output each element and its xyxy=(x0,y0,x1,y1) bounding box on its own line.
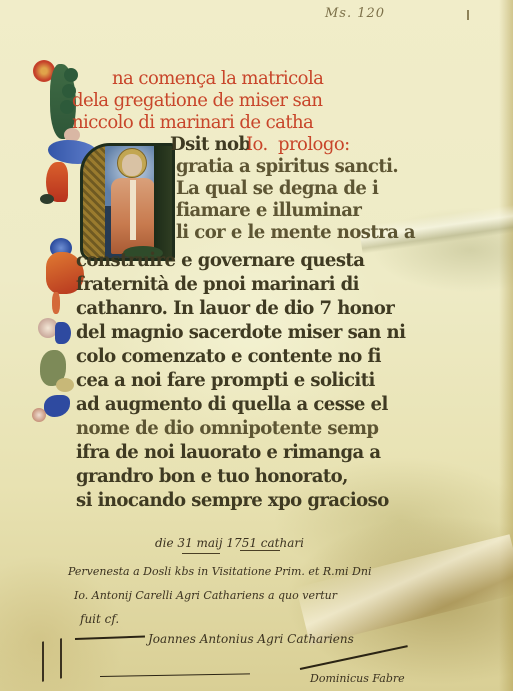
pale-roundel-icon xyxy=(32,408,46,422)
annotation-stroke xyxy=(100,673,250,677)
text-line: ad augmento di quella a cesse el xyxy=(76,394,388,415)
text-line: li cor e le mente nostra a xyxy=(176,222,415,243)
annotation-underline xyxy=(182,553,220,554)
shelfmark-tick xyxy=(467,10,469,20)
text-line: si inocando sempre xpo gracioso xyxy=(76,490,389,511)
text-line: nome de dio omnipotente semp xyxy=(76,418,378,439)
text-line: colo comenzato e contente no fi xyxy=(76,346,381,367)
bottom-signature: Dominicus Fabre xyxy=(310,672,405,685)
yellow-foliage-icon xyxy=(56,378,74,392)
foliage-tendril-icon xyxy=(52,292,60,314)
text-line: ifra de noi lauorato e rimanga a xyxy=(76,442,381,463)
rubric-line: niccolo di marinari de catha xyxy=(72,112,313,133)
blue-foliage-icon xyxy=(55,322,71,344)
text-line: gratia a spiritus sancti. xyxy=(176,156,398,177)
text-line: fraternità de pnoi marinari di xyxy=(76,274,359,295)
rubric-line: na comença la matricola xyxy=(112,68,323,89)
incipit-line: Dsit nob xyxy=(170,134,251,155)
annotation-stroke xyxy=(75,636,145,640)
pallium-icon xyxy=(130,180,136,240)
annotation-date: die 31 maij 1751 cathari xyxy=(155,536,304,550)
saint-face-icon xyxy=(122,154,142,176)
initial-letter-bar xyxy=(154,146,172,261)
text-line: cea a noi fare prompti e soliciti xyxy=(76,370,375,391)
text-line: cathanro. In lauor de dio 7 honor xyxy=(76,298,394,319)
acanthus-leaf-icon xyxy=(64,68,78,82)
blue-foliage-icon xyxy=(44,395,70,417)
annotation-line: fuit cf. xyxy=(80,612,119,626)
rubric-numeral: Io. xyxy=(246,134,268,155)
foliage-curl-icon xyxy=(40,194,54,204)
gold-letter-stroke xyxy=(83,146,105,261)
manuscript-page: Ms. 120 na comença la matricola dela gre… xyxy=(0,0,513,691)
annotation-underline xyxy=(240,550,280,551)
text-line: La qual se degna de i xyxy=(176,178,378,199)
annotation-line: Io. Antonij Carelli Agri Cathariens a qu… xyxy=(74,589,337,602)
text-line: construire e governare questa xyxy=(76,250,364,271)
signature-flourish-icon xyxy=(42,638,62,682)
annotation-line: Pervenesta a Dosli kbs in Visitatione Pr… xyxy=(68,565,371,578)
shelfmark: Ms. 120 xyxy=(325,6,385,21)
rubric-line: prologo: xyxy=(278,134,350,155)
annotation-stroke xyxy=(300,645,408,670)
text-line: del magnio sacerdote miser san ni xyxy=(76,322,405,343)
rubric-line: dela gregatione de miser san xyxy=(72,90,323,111)
signature: Joannes Antonius Agri Cathariens xyxy=(148,632,354,646)
text-line: fiamare e illuminar xyxy=(176,200,361,221)
text-line: grandro bon e tuo honorato, xyxy=(76,466,348,487)
historiated-initial xyxy=(80,143,175,261)
